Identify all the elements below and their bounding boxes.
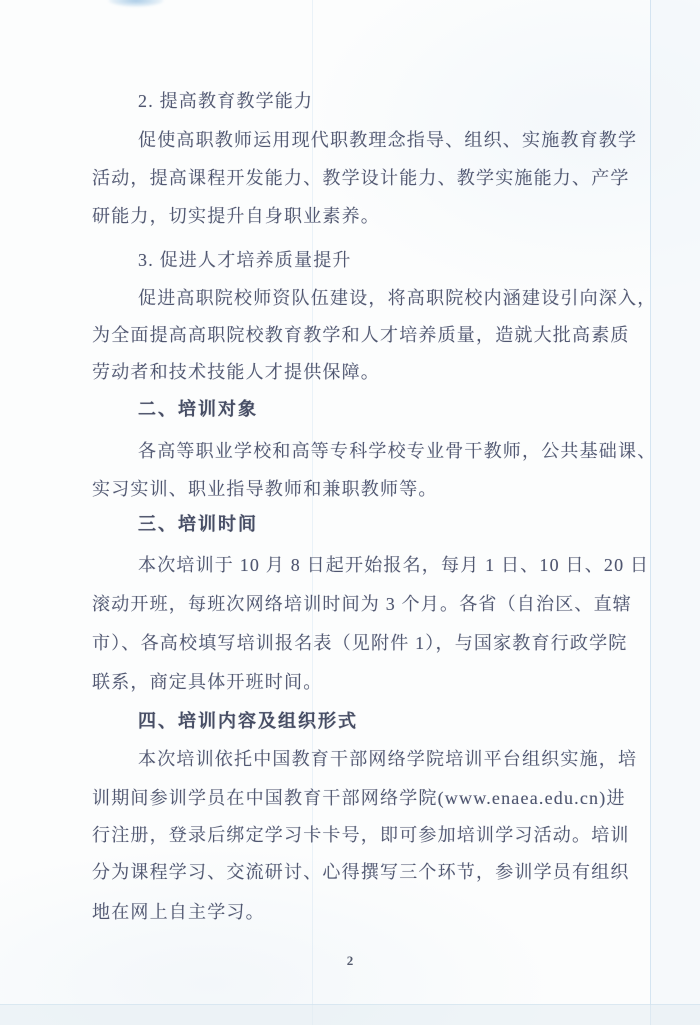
page-number: 2: [0, 953, 700, 969]
body-line: 活动，提高课程开发能力、教学设计能力、教学实施能力、产学: [92, 167, 652, 191]
body-line: 促进高职院校师资队伍建设，将高职院校内涵建设引向深入，: [138, 287, 698, 311]
body-line: 本次培训于 10 月 8 日起开始报名，每月 1 日、10 日、20 日: [138, 554, 698, 578]
body-line: 联系，商定具体开班时间。: [92, 671, 652, 695]
body-line: 行注册，登录后绑定学习卡卡号，即可参加培训学习活动。培训: [92, 824, 652, 848]
section-heading-training-time: 三、培训时间: [138, 513, 698, 537]
item-heading-3: 3. 促进人才培养质量提升: [138, 249, 698, 273]
body-line: 促使高职教师运用现代职教理念指导、组织、实施教育教学: [138, 129, 698, 153]
body-line: 各高等职业学校和高等专科学校专业骨干教师，公共基础课、: [138, 440, 698, 464]
body-line: 本次培训依托中国教育干部网络学院培训平台组织实施，培: [138, 748, 698, 772]
scanned-document-page: 2. 提高教育教学能力 促使高职教师运用现代职教理念指导、组织、实施教育教学 活…: [0, 0, 700, 1025]
body-line: 市）、各高校填写培训报名表（见附件 1），与国家教育行政学院: [92, 632, 652, 656]
body-line: 为全面提高高职院校教育教学和人才培养质量，造就大批高素质: [92, 324, 652, 348]
body-line: 分为课程学习、交流研讨、心得撰写三个环节，参训学员有组织: [92, 861, 652, 885]
body-line: 研能力，切实提升自身职业素养。: [92, 205, 652, 229]
body-line: 劳动者和技术技能人才提供保障。: [92, 361, 652, 385]
scan-smudge-artifact: [108, 0, 164, 7]
item-heading-2: 2. 提高教育教学能力: [138, 90, 698, 114]
section-heading-training-content: 四、培训内容及组织形式: [138, 710, 698, 734]
body-line: 地在网上自主学习。: [92, 901, 652, 925]
section-heading-training-target: 二、培训对象: [138, 398, 698, 422]
scan-shadow-bottom: [0, 1004, 700, 1025]
body-line: 滚动开班，每班次网络培训时间为 3 个月。各省（自治区、直辖: [92, 593, 652, 617]
body-line: 训期间参训学员在中国教育干部网络学院(www.enaea.edu.cn)进: [92, 787, 652, 811]
body-line: 实习实训、职业指导教师和兼职教师等。: [92, 478, 652, 502]
